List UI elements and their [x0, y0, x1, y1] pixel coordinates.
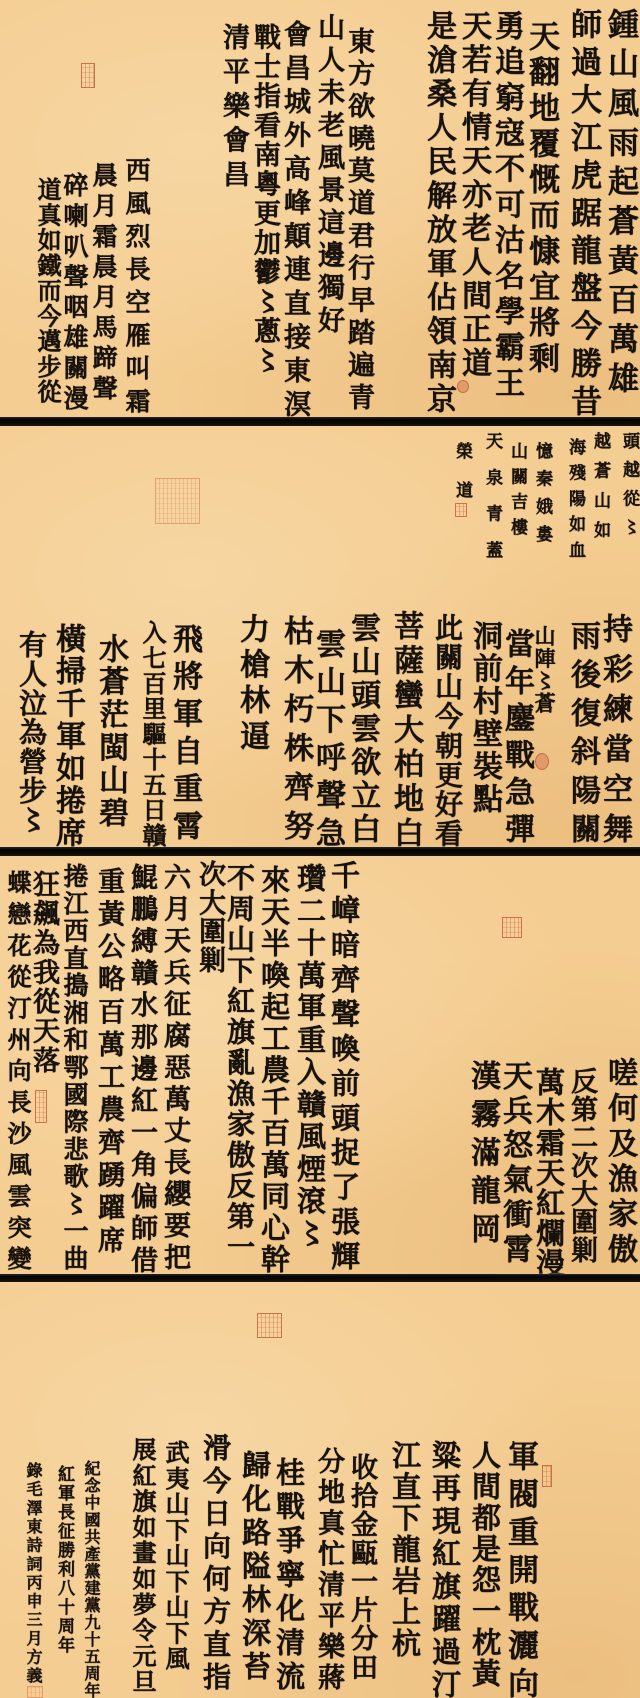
text-column: 雲山頭雲欲立白	[343, 612, 377, 843]
inscription-signature: 錄毛澤東詩詞丙申三月方義	[22, 1462, 41, 1683]
text-column: 重黃公略百萬工農齊踴躍席	[91, 867, 122, 1253]
red-seal-stamp	[542, 1465, 552, 1487]
text-column: 鯤鵬縛贛水那邊紅一角偏師借	[124, 863, 155, 1273]
colophon-column: 山關吉樓	[505, 442, 525, 535]
text-column: 枯木朽株齊努	[276, 615, 310, 840]
text-column: 天若有情天亦老人間正道	[453, 10, 488, 377]
square-seal-stamp	[257, 1313, 282, 1338]
scroll-panel-4: 軍閥重開戰灑向 人間都是怨一枕黃 粱再現紅旗躍過汀 江直下龍岩上杭 收拾金甌一片…	[0, 1282, 640, 1698]
colophon-signature: 榮道	[450, 442, 470, 498]
text-column: 持彩練當空舞	[595, 613, 629, 843]
scroll-panel-1: 鍾山風雨起蒼黃百萬雄 師過大江虎踞龍盤今勝昔 天翻地覆慨而慷宜將剩 勇追窮寇不可…	[0, 0, 640, 417]
text-column: 晨月霜晨月馬蹄聲	[87, 162, 116, 400]
text-column: 武夷山下山下山下風	[159, 1440, 187, 1670]
inscription-column: 紅軍長征勝利八十周年	[52, 1465, 72, 1653]
text-column: 雨後復斜陽關	[563, 620, 597, 843]
text-column: 力槍林逼	[232, 613, 266, 750]
text-column: 來天半喚起工農千百萬同心幹	[255, 865, 288, 1273]
scroll-divider	[0, 1274, 640, 1282]
text-column: 千嶂暗齊聲喚前頭捉了張輝	[325, 860, 358, 1270]
text-column: 收拾金甌一片分田	[344, 1453, 375, 1680]
text-column: 是滄桑人民解放軍佔領南京	[418, 10, 453, 413]
text-column: 此關山今朝更好看	[429, 613, 461, 847]
text-column: 飛將軍自重霄	[165, 623, 199, 840]
scroll-divider	[0, 417, 640, 426]
text-column: 粱再現紅旗躍過汀	[426, 1440, 459, 1698]
colophon-column: 憶秦娥婁	[530, 442, 550, 542]
text-column: 萬木霜天紅爛漫	[530, 1067, 563, 1274]
text-column: 清平樂會昌	[216, 23, 247, 187]
text-column: 天翻地覆慨而慷宜將剩	[520, 20, 556, 373]
text-column: 山人未老風景這邊獨好	[311, 13, 342, 333]
text-column: 東方欲曉莫道君行早踏遍青	[341, 27, 372, 410]
inscription-column: 紀念中國共產黨建黨九十五周年	[80, 1460, 99, 1698]
text-column: 軍閥重開戰灑向	[500, 1440, 535, 1698]
text-column: 瓚二十萬軍重入贛風煙滾〻	[291, 863, 324, 1247]
text-column: 捲江西直搗湘和鄂國際悲歌〻一曲	[58, 863, 87, 1270]
round-seal-stamp	[535, 753, 549, 770]
text-column: 嗟何及漁家傲	[600, 1057, 634, 1263]
red-seal-stamp	[35, 1090, 47, 1123]
signature-seal-stamp	[27, 1686, 43, 1698]
calligraphy-scroll-image: 鍾山風雨起蒼黃百萬雄 師過大江虎踞龍盤今勝昔 天翻地覆慨而慷宜將剩 勇追窮寇不可…	[0, 0, 640, 1698]
scroll-divider	[0, 847, 640, 856]
colophon-column: 越蒼山如	[588, 432, 608, 538]
text-column: 滑今日向何方直指	[197, 1433, 229, 1690]
text-column: 蝶戀花從汀州向長沙風雲突變	[1, 870, 29, 1270]
colophon-column: 天泉青蓋	[480, 432, 500, 558]
text-column: 橫掃千軍如捲席	[48, 623, 82, 847]
text-column: 當年鏖戰急彈	[497, 628, 531, 843]
text-column: 歸化路隘林深苔	[236, 1450, 269, 1680]
text-column: 水蒼茫閩山碧	[91, 633, 125, 827]
text-column: 分地真忙清平樂蔣	[311, 1447, 342, 1690]
text-column: 江直下龍岩上杭	[386, 1440, 419, 1657]
square-seal-stamp	[502, 917, 522, 938]
text-column: 師過大江虎踞龍盤今勝昔	[562, 8, 598, 416]
text-column: 人間都是怨一枕黃	[466, 1440, 499, 1687]
text-column: 天兵怒氣衝霄	[495, 1060, 529, 1263]
text-column: 鍾山風雨起蒼黃百萬雄	[599, 8, 635, 393]
text-column: 菩薩蠻大柏地白	[386, 610, 420, 847]
text-column: 勇追窮寇不可沽名學霸王	[486, 10, 521, 397]
text-column: 不周山下紅旗亂漁家傲反第一	[221, 863, 253, 1260]
text-column: 桂戰爭寧化清流	[270, 1457, 303, 1690]
colophon-column: 海殘陽如血	[563, 438, 583, 558]
scroll-panel-2: 頭越從〻 越蒼山如 海殘陽如血 憶秦娥婁 山關吉樓 天泉青蓋 榮道 持彩練當空舞…	[0, 426, 640, 847]
text-column: 山陣〻蒼	[531, 625, 555, 713]
text-column: 道真如鐵而今邁步從	[31, 177, 59, 403]
text-column: 雲山下呼聲急	[308, 628, 342, 847]
text-column: 次大圍剿	[192, 860, 223, 973]
text-column: 戰士指看南粵更加鬱〻蔥〻	[247, 23, 278, 373]
text-column: 六月天兵征腐惡萬丈長纓要把	[157, 863, 188, 1270]
text-column: 展紅旗如畫如夢令元旦	[126, 1437, 154, 1693]
red-seal-stamp	[81, 63, 95, 88]
round-seal-stamp	[457, 380, 469, 393]
text-column: 洞前村壁裝點	[465, 620, 499, 813]
text-column: 漢霧滿龍岡	[463, 1060, 497, 1243]
text-column: 反第二次大圍剿	[564, 1067, 595, 1263]
text-column: 碎喇叭聲咽雄關漫	[58, 172, 87, 410]
text-column: 會昌城外高峰顛連直接東溟	[277, 20, 308, 417]
scroll-panel-3: 嗟何及漁家傲 反第二次大圍剿 萬木霜天紅爛漫 天兵怒氣衝霄 漢霧滿龍岡 千嶂暗齊…	[0, 856, 640, 1274]
red-seal-stamp	[455, 503, 467, 517]
text-column: 有人泣為營步〻	[13, 630, 45, 833]
square-seal-stamp	[155, 478, 200, 524]
text-column: 入七百里驅十五日贛	[136, 620, 164, 847]
text-column: 西風烈長空雁叫霜	[120, 157, 149, 413]
colophon-column: 頭越從〻	[617, 432, 637, 535]
